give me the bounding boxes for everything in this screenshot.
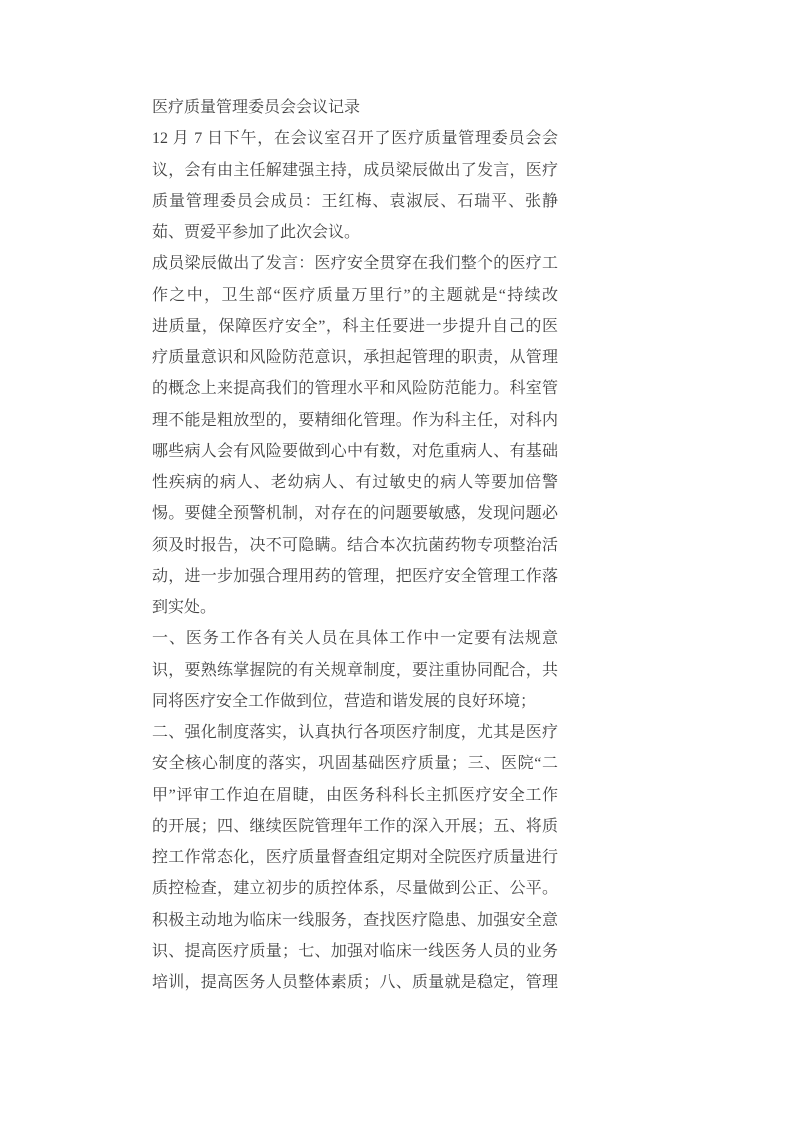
text-line: 同将医疗安全工作做到位，营造和谐发展的良好环境； (152, 686, 558, 717)
text-line: 质控检查，建立初步的质控体系，尽量做到公正、公平。 (152, 873, 558, 904)
text-line: 的开展；四、继续医院管理年工作的深入开展；五、将质 (152, 811, 558, 842)
text-line: 12 月 7 日下午，在会议室召开了医疗质量管理委员会会 (152, 123, 558, 154)
text-line: 识，要熟练掌握院的有关规章制度，要注重协同配合，共 (152, 655, 558, 686)
document-body: 医疗质量管理委员会会议记录 12 月 7 日下午，在会议室召开了医疗质量管理委员… (152, 92, 558, 998)
text-line: 识、提高医疗质量；七、加强对临床一线医务人员的业务 (152, 936, 558, 967)
text-line: 性疾病的病人、老幼病人、有过敏史的病人等要加倍警 (152, 467, 558, 498)
text-line: 质量管理委员会成员：王红梅、袁淑辰、石瑞平、张静 (152, 186, 558, 217)
text-line: 到实处。 (152, 592, 558, 623)
text-line: 积极主动地为临床一线服务，查找医疗隐患、加强安全意 (152, 905, 558, 936)
text-line: 的概念上来提高我们的管理水平和风险防范能力。科室管 (152, 373, 558, 404)
text-line: 茹、贾爱平参加了此次会议。 (152, 217, 558, 248)
text-line: 成员梁辰做出了发言：医疗安全贯穿在我们整个的医疗工 (152, 248, 558, 279)
text-line: 安全核心制度的落实，巩固基础医疗质量；三、医院“二 (152, 748, 558, 779)
text-line: 惕。要健全预警机制，对存在的问题要敏感，发现问题必 (152, 498, 558, 529)
text-line: 二、强化制度落实，认真执行各项医疗制度，尤其是医疗 (152, 717, 558, 748)
text-line: 须及时报告，决不可隐瞒。结合本次抗菌药物专项整治活 (152, 530, 558, 561)
text-line: 疗质量意识和风险防范意识，承担起管理的职责，从管理 (152, 342, 558, 373)
text-line: 培训，提高医务人员整体素质；八、质量就是稳定，管理 (152, 967, 558, 998)
text-line: 甲”评审工作迫在眉睫，由医务科科长主抓医疗安全工作 (152, 780, 558, 811)
text-line: 理不能是粗放型的，要精细化管理。作为科主任，对科内 (152, 405, 558, 436)
text-line: 哪些病人会有风险要做到心中有数，对危重病人、有基础 (152, 436, 558, 467)
text-line: 作之中，卫生部“医疗质量万里行”的主题就是“持续改 (152, 280, 558, 311)
document-page: 医疗质量管理委员会会议记录 12 月 7 日下午，在会议室召开了医疗质量管理委员… (0, 0, 793, 1122)
text-line: 动，进一步加强合理用药的管理，把医疗安全管理工作落 (152, 561, 558, 592)
text-line: 议，会有由主任解建强主持，成员梁辰做出了发言，医疗 (152, 155, 558, 186)
text-line: 一、医务工作各有关人员在具体工作中一定要有法规意 (152, 623, 558, 654)
text-line: 进质量，保障医疗安全”，科主任要进一步提升自己的医 (152, 311, 558, 342)
text-line: 控工作常态化，医疗质量督查组定期对全院医疗质量进行 (152, 842, 558, 873)
document-title: 医疗质量管理委员会会议记录 (152, 92, 558, 123)
